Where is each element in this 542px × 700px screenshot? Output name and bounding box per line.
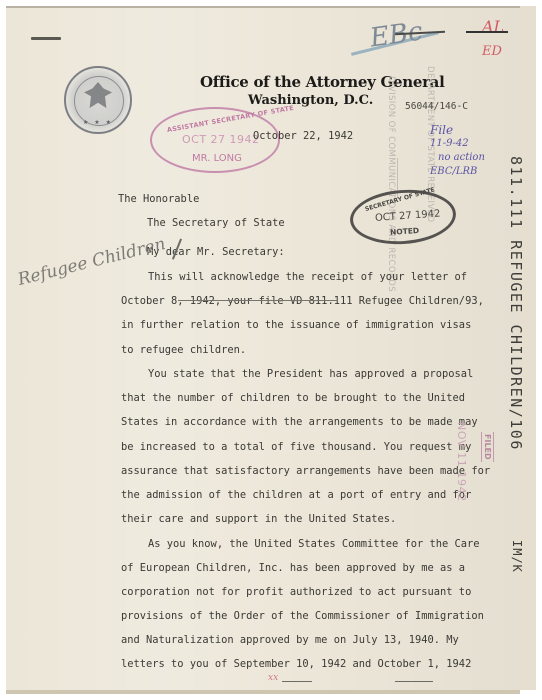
addressee-line-2: The Secretary of State (147, 217, 285, 229)
margin-dash-mark (31, 37, 61, 40)
body-line: assurance that satisfactory arrangements… (121, 465, 490, 477)
underlying-sheet-edge (6, 690, 520, 694)
stamp-label: NOTED (390, 226, 420, 237)
addressee-line-1: The Honorable (118, 193, 199, 205)
stamp-date: OCT 27 1942 (182, 133, 260, 146)
filed-label-stamp: FILED (481, 432, 494, 462)
body-line: States in accordance with the arrangemen… (121, 416, 478, 428)
file-number: 56044/146-C (405, 101, 468, 112)
handwritten-no-action: no action (438, 152, 485, 163)
body-line: to refugee children. (121, 344, 246, 356)
body-line: in further relation to the issuance of i… (121, 319, 471, 331)
body-line: October 8, 1942, your file VD 811.111 Re… (121, 295, 484, 307)
seal-stars: ★ ★ ★ (66, 119, 130, 126)
division-communications-stamp: DIVISION OF COMMUNICATIONS AND RECORDS (385, 76, 396, 292)
red-initials-strike (466, 31, 508, 33)
pen-underline (282, 681, 312, 682)
body-line: be increased to a total of five thousand… (121, 441, 471, 453)
body-line: corporation not for profit authorized to… (121, 586, 471, 598)
body-line: the admission of the children at a port … (121, 489, 471, 501)
body-line: that the number of children to be brough… (121, 392, 465, 404)
handwritten-file-note: File (430, 123, 453, 137)
body-line: You state that the President has approve… (148, 368, 473, 380)
body-line: of European Children, Inc. has been appr… (121, 562, 465, 574)
body-line: As you know, the United States Committee… (148, 538, 480, 550)
letterhead-city: Washington, D.C. (248, 93, 373, 108)
handwritten-file-date: 11-9-42 (430, 138, 469, 149)
stamp-date: OCT 27 1942 (375, 208, 441, 224)
body-line: provisions of the Order of the Commissio… (121, 610, 484, 622)
filed-date-stamp: NOV 11 1942 (455, 422, 468, 502)
red-pencil-mark: xx (268, 673, 278, 683)
pen-underline (395, 681, 433, 682)
stamp-name: MR. LONG (192, 153, 242, 164)
reference-underline (178, 300, 338, 301)
body-line: their care and support in the United Sta… (121, 513, 396, 525)
body-line: This will acknowledge the receipt of you… (148, 271, 467, 283)
department-of-justice-seal-icon: ★ ★ ★ (64, 66, 132, 134)
handwritten-red-initials: AL (482, 17, 504, 36)
handwritten-red-initials-2: ED (482, 44, 502, 59)
letter-date: October 22, 1942 (253, 130, 353, 142)
routing-code: IM/K (510, 540, 524, 573)
body-line: and Naturalization approved by me on Jul… (121, 634, 459, 646)
top-edge (6, 6, 520, 8)
file-reference-vertical: 811.111 REFUGEE CHILDREN/106 (507, 156, 525, 451)
handwritten-file-initials: EBC/LRB (430, 166, 477, 177)
body-line: letters to you of September 10, 1942 and… (121, 658, 471, 670)
letterhead-title: Office of the Attorney General (200, 73, 445, 91)
document-viewer: ★ ★ ★ Office of the Attorney General Was… (0, 0, 542, 700)
greeting: My dear Mr. Secretary: (147, 246, 285, 258)
